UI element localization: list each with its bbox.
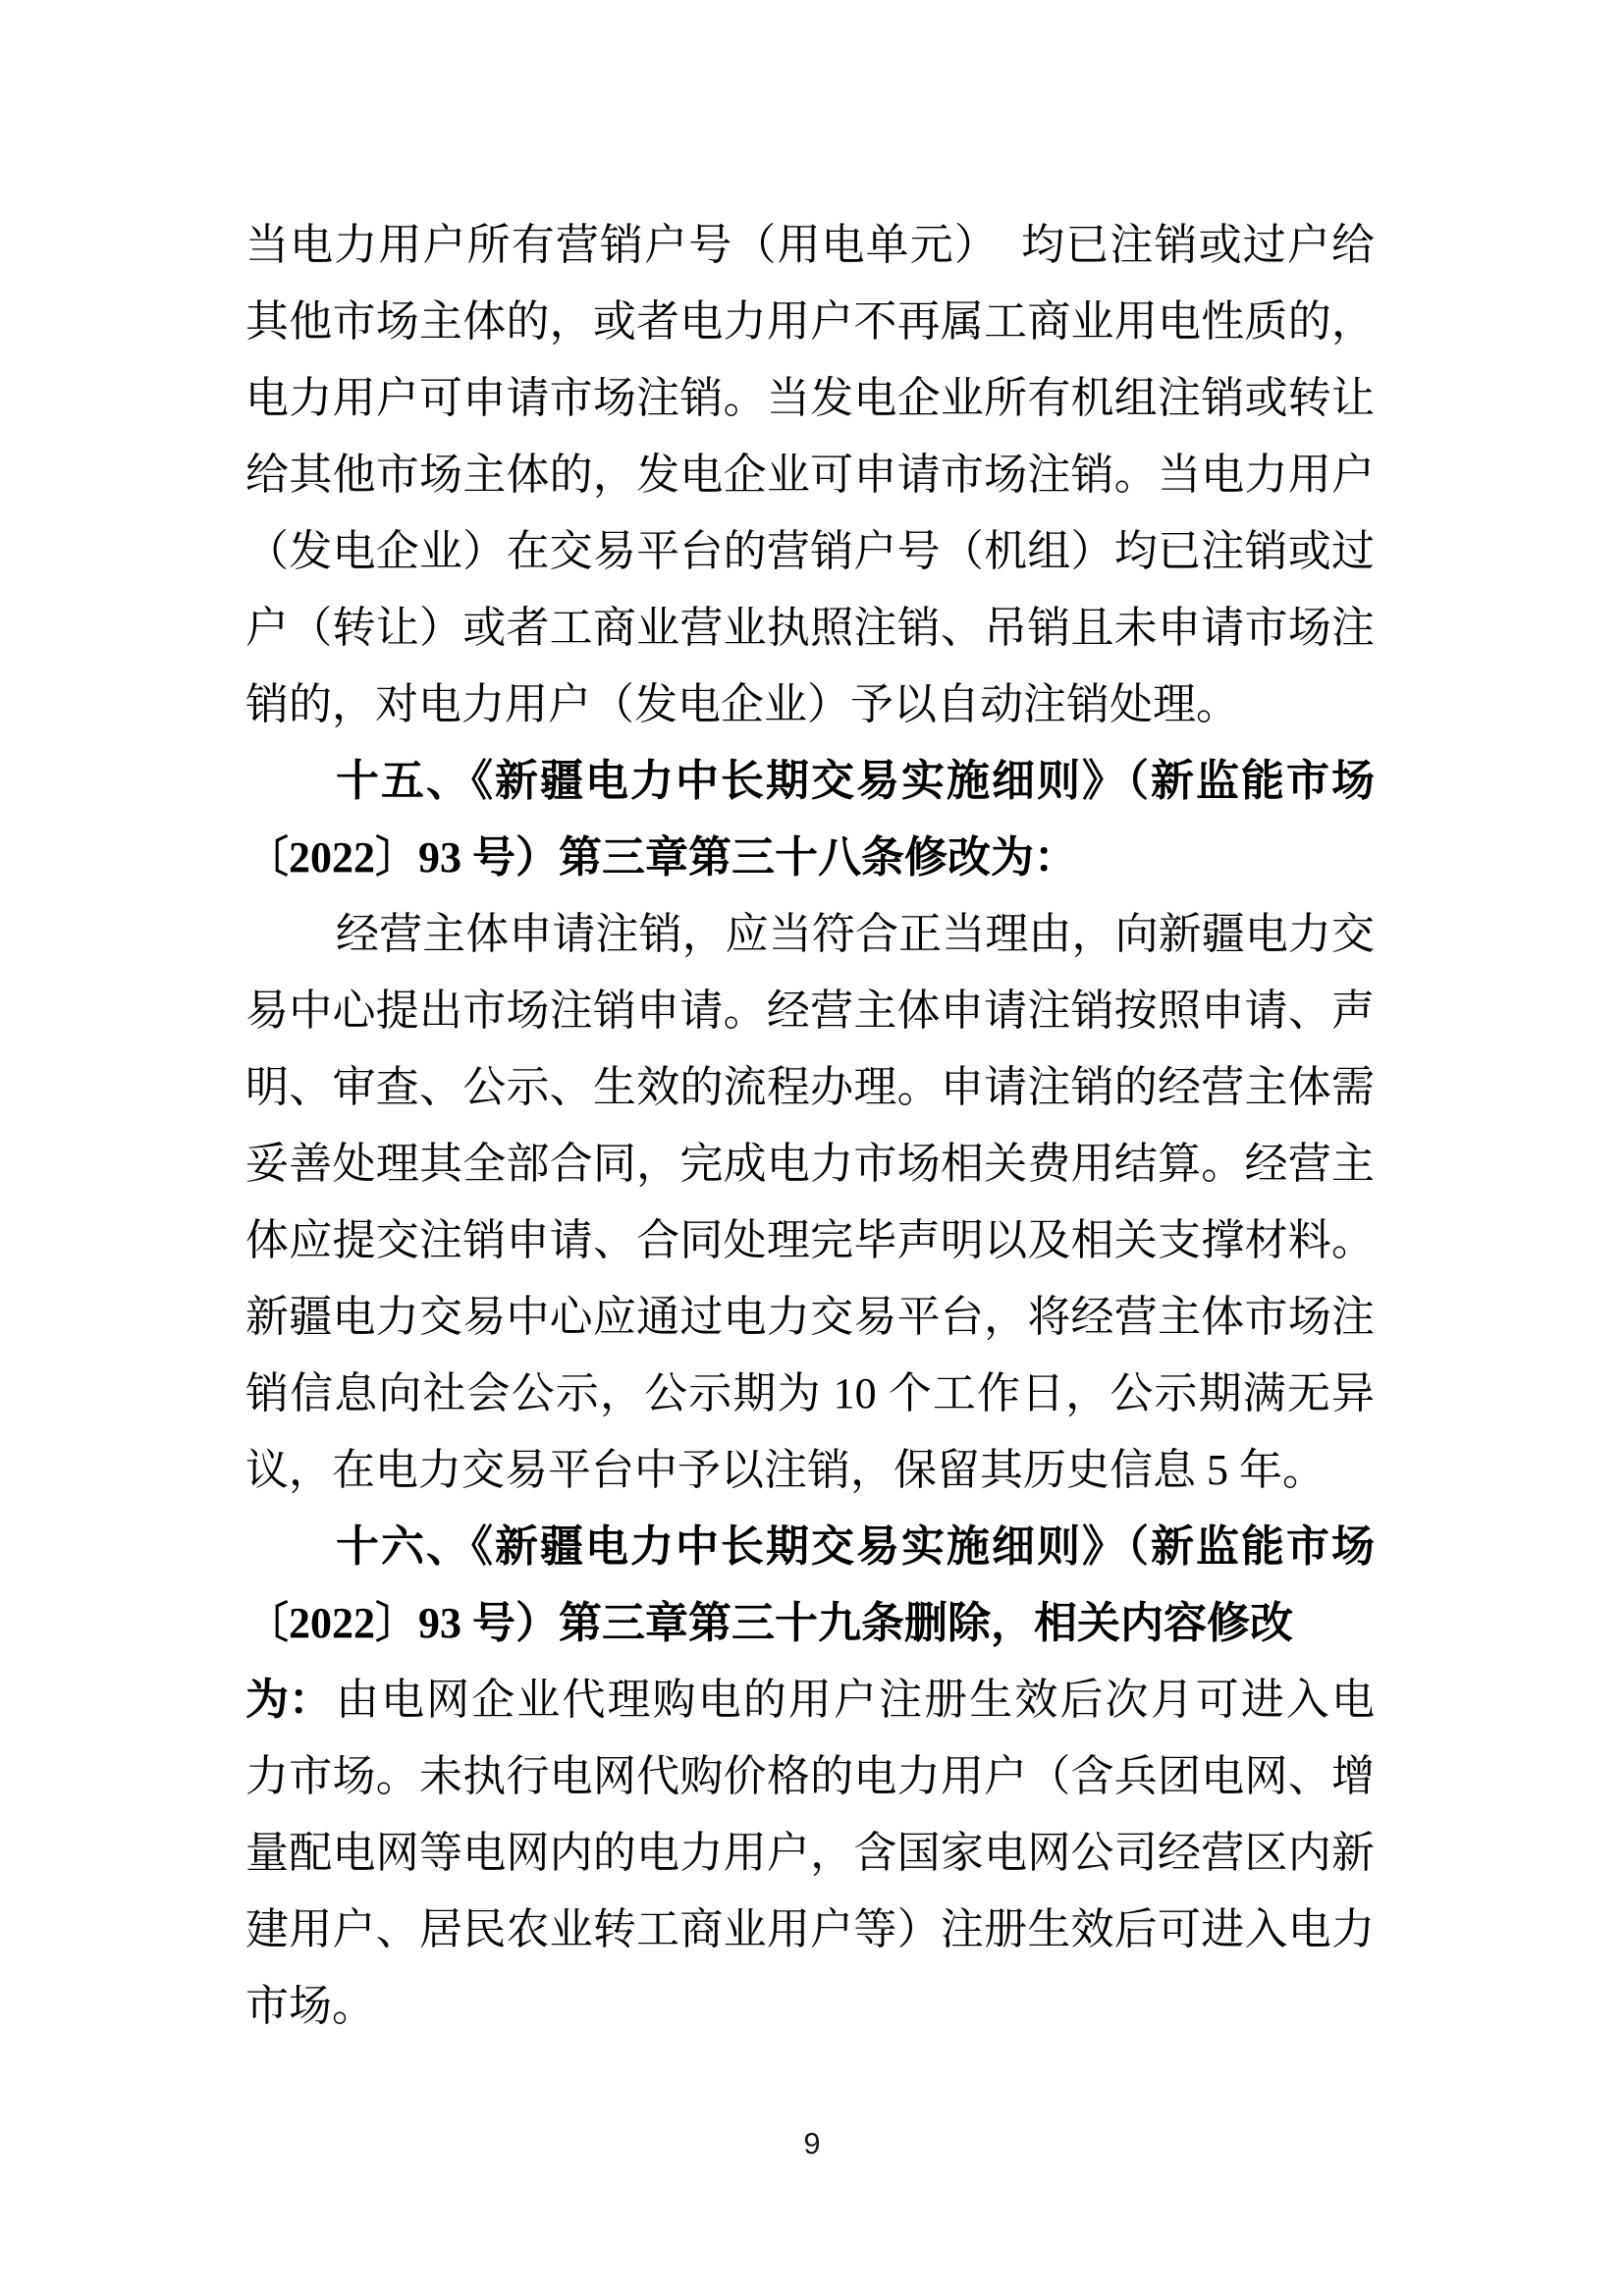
heading-line: 十五、《新疆电力中长期交易实施细则》（新监能市场: [245, 743, 1375, 820]
text-line: 妥善处理其全部合同，完成电力市场相关费用结算。经营主: [245, 1126, 1375, 1202]
text-line: 议，在电力交易平台中予以注销，保留其历史信息 5 年。: [245, 1432, 1375, 1509]
text-line: （发电企业）在交易平台的营销户号（机组）均已注销或过: [245, 513, 1375, 590]
text-line: 给其他市场主体的，发电企业可申请市场注销。当电力用户: [245, 437, 1375, 513]
paragraph-continuation: 当电力用户所有营销户号（用电单元） 均已注销或过户给 其他市场主体的，或者电力用…: [245, 207, 1375, 743]
heading-line: 〔2022〕93 号）第三章第三十九条删除，相关内容修改为：: [245, 1585, 1375, 1662]
paragraph-article-39: 由电网企业代理购电的用户注册生效后次月可进入电 力市场。未执行电网代购价格的电力…: [245, 1662, 1375, 2045]
text-line: 销的，对电力用户（发电企业）予以自动注销处理。: [245, 667, 1375, 743]
text-line: 其他市场主体的，或者电力用户不再属工商业用电性质的，: [245, 284, 1375, 360]
document-page: 当电力用户所有营销户号（用电单元） 均已注销或过户给 其他市场主体的，或者电力用…: [0, 0, 1624, 2296]
text-line: 电力用户可申请市场注销。当发电企业所有机组注销或转让: [245, 360, 1375, 437]
heading-item-16: 十六、《新疆电力中长期交易实施细则》（新监能市场 〔2022〕93 号）第三章第…: [245, 1509, 1375, 1662]
heading-item-15: 十五、《新疆电力中长期交易实施细则》（新监能市场 〔2022〕93 号）第三章第…: [245, 743, 1375, 896]
text-line: 力市场。未执行电网代购价格的电力用户（含兵团电网、增: [245, 1738, 1375, 1815]
text-line: 量配电网等电网内的电力用户，含国家电网公司经营区内新: [245, 1815, 1375, 1892]
text-line: 建用户、居民农业转工商业用户等）注册生效后可进入电力: [245, 1892, 1375, 1968]
text-line: 户（转让）或者工商业营业执照注销、吊销且未申请市场注: [245, 590, 1375, 667]
text-line: 销信息向社会公示，公示期为 10 个工作日，公示期满无异: [245, 1356, 1375, 1432]
heading-line: 十六、《新疆电力中长期交易实施细则》（新监能市场: [245, 1509, 1375, 1585]
page-number: 9: [0, 2128, 1624, 2159]
heading-line: 〔2022〕93 号）第三章第三十八条修改为：: [245, 820, 1375, 896]
text-line: 由电网企业代理购电的用户注册生效后次月可进入电: [245, 1662, 1375, 1738]
paragraph-article-38: 经营主体申请注销，应当符合正当理由，向新疆电力交 易中心提出市场注销申请。经营主…: [245, 896, 1375, 1509]
text-block: 当电力用户所有营销户号（用电单元） 均已注销或过户给 其他市场主体的，或者电力用…: [245, 207, 1375, 2045]
text-line: 易中心提出市场注销申请。经营主体申请注销按照申请、声: [245, 973, 1375, 1049]
text-line: 明、审查、公示、生效的流程办理。申请注销的经营主体需: [245, 1049, 1375, 1126]
text-line: 市场。: [245, 1968, 1375, 2045]
text-line: 体应提交注销申请、合同处理完毕声明以及相关支撑材料。: [245, 1202, 1375, 1279]
text-line: 经营主体申请注销，应当符合正当理由，向新疆电力交: [245, 896, 1375, 973]
text-line: 当电力用户所有营销户号（用电单元） 均已注销或过户给: [245, 207, 1375, 284]
text-line: 新疆电力交易中心应通过电力交易平台，将经营主体市场注: [245, 1279, 1375, 1356]
